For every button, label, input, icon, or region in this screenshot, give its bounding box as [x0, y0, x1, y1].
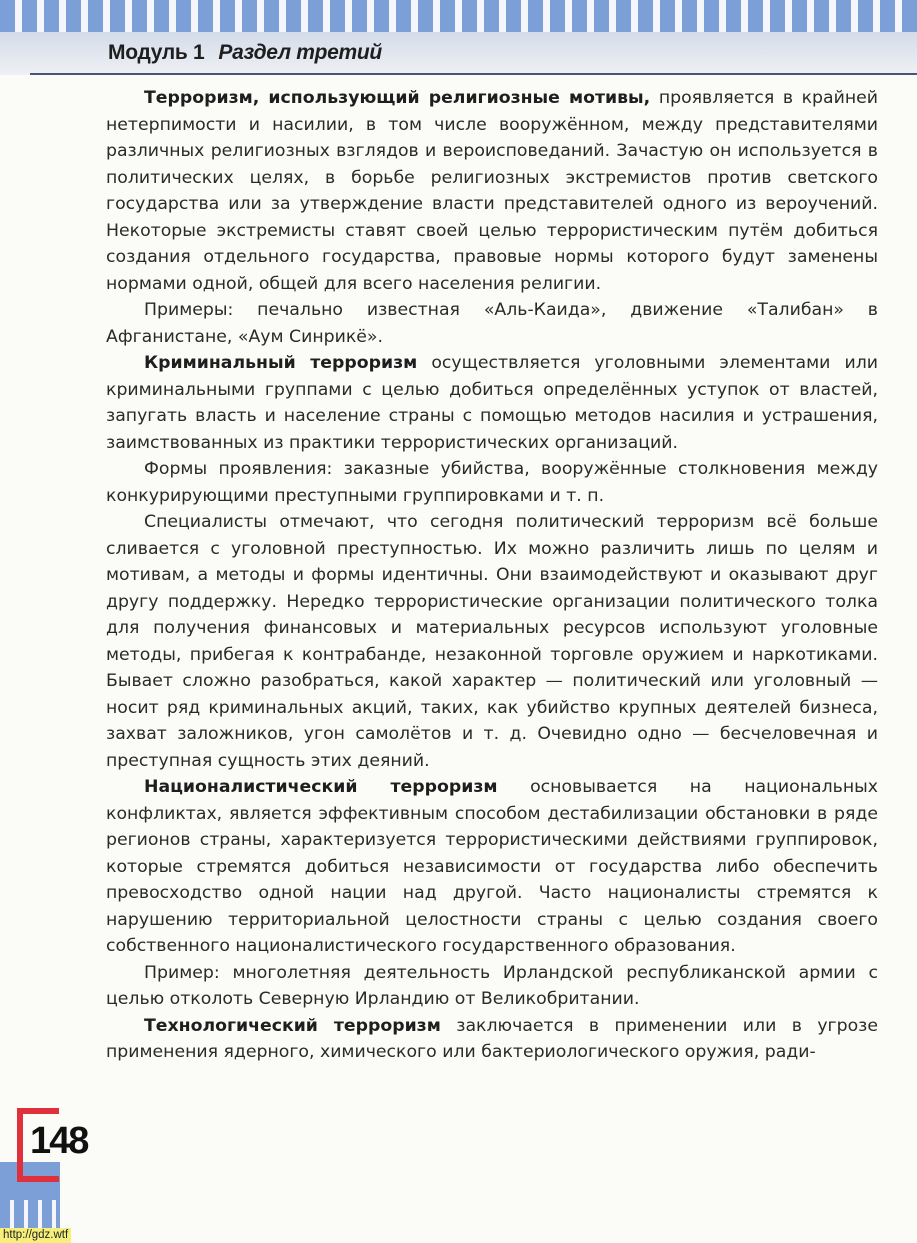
paragraph-technological-terrorism: Технологический терроризм заключается в … [106, 1013, 878, 1066]
term: Терроризм, использующий религиозные моти… [144, 88, 650, 108]
term: Криминальный терроризм [144, 353, 417, 373]
header-divider [30, 73, 917, 75]
header-decorative-stripes [0, 0, 917, 32]
paragraph-nationalist-terrorism: Националистический терроризм основываетс… [106, 774, 878, 960]
body-text: Терроризм, использующий религиозные моти… [106, 85, 878, 1066]
watermark-link[interactable]: http://gdz.wtf [0, 1228, 71, 1243]
paragraph-religious-terrorism: Терроризм, использующий религиозные моти… [106, 85, 878, 297]
term: Технологический терроризм [144, 1016, 441, 1036]
paragraph-nationalist-example: Пример: многолетняя деятельность Ирландс… [106, 960, 878, 1013]
term: Националистический терроризм [144, 777, 498, 797]
running-header: Модуль 1Раздел третий [108, 41, 382, 65]
page-number: 148 [30, 1120, 87, 1163]
paragraph-specialists: Специалисты отмечают, что сегодня полити… [106, 509, 878, 774]
footer-decorative-stripes [0, 1200, 60, 1228]
module-label: Модуль 1 [108, 41, 204, 64]
paragraph-criminal-terrorism: Криминальный терроризм осуществляется уг… [106, 350, 878, 456]
section-label: Раздел третий [218, 41, 382, 64]
paragraph-religious-examples: Примеры: печально известная «Аль-Каида»,… [106, 297, 878, 350]
paragraph-criminal-forms: Формы проявления: заказные убийства, воо… [106, 456, 878, 509]
